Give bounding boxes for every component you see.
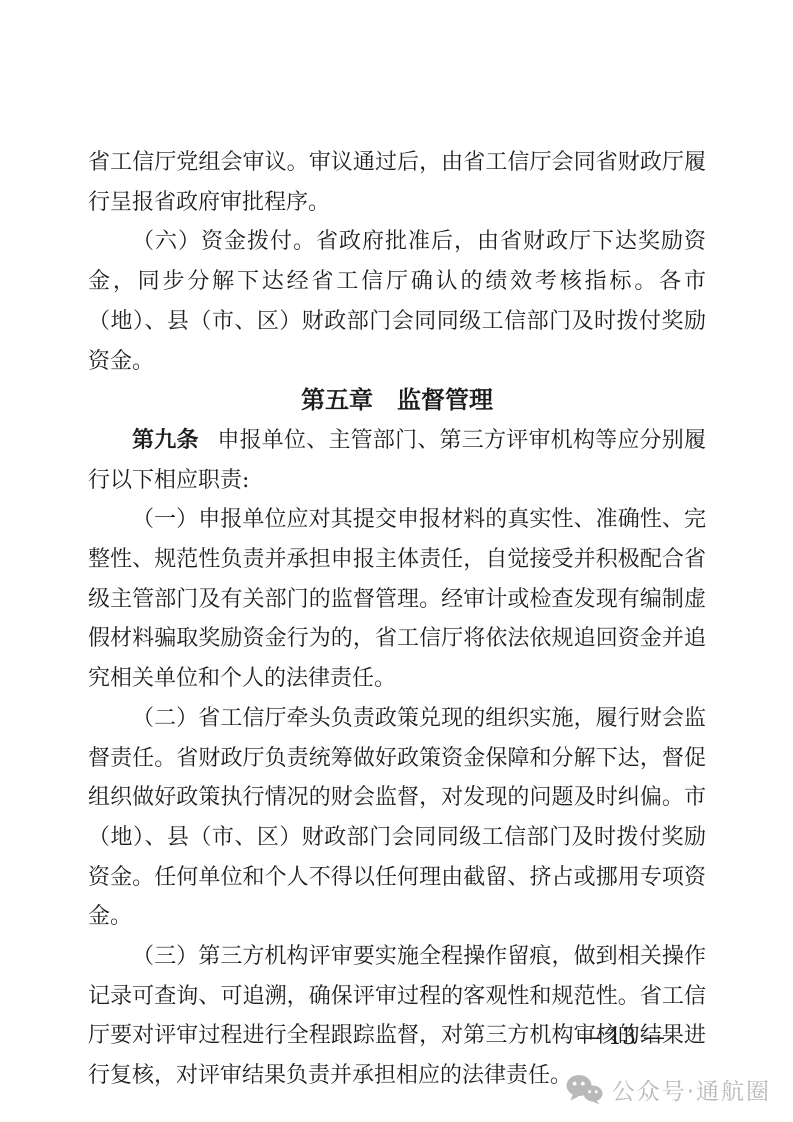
wechat-icon: [566, 1074, 603, 1105]
paragraph-item-six: （六）资金拨付。省政府批准后，由省财政厅下达奖励资金，同步分解下达经省工信厅确认…: [88, 222, 706, 381]
article-paragraph: 第九条申报单位、主管部门、第三方评审机构等应分别履行以下相应职责:: [88, 421, 706, 500]
article-number-label: 第九条: [132, 428, 199, 453]
paragraph-item-one: （一）申报单位应对其提交申报材料的真实性、准确性、完整性、规范性负责并承担申报主…: [88, 500, 706, 699]
paragraph-item-two: （二）省工信厅牵头负责政策兑现的组织实施，履行财会监督责任。省财政厅负责统筹做好…: [88, 699, 706, 937]
page-number: — 13 —: [579, 1024, 665, 1052]
document-page: 省工信厅党组会审议。审议通过后，由省工信厅会同省财政厅履行呈报省政府审批程序。 …: [0, 0, 793, 1122]
document-body: 省工信厅党组会审议。审议通过后，由省工信厅会同省财政厅履行呈报省政府审批程序。 …: [88, 143, 706, 1096]
paragraph-continuation: 省工信厅党组会审议。审议通过后，由省工信厅会同省财政厅履行呈报省政府审批程序。: [88, 143, 706, 222]
chapter-heading: 第五章 监督管理: [88, 381, 706, 421]
footer-watermark: 公众号·通航圈: [566, 1073, 771, 1106]
watermark-text: 公众号·通航圈: [612, 1073, 771, 1106]
